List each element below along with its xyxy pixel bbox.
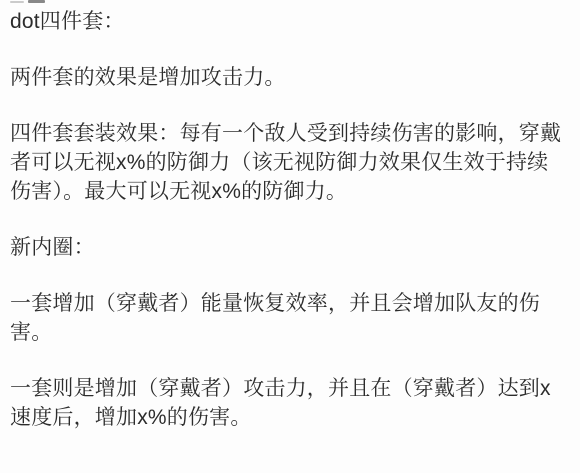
inner-circle-set-two-text: 一套则是增加（穿戴者）攻击力，并且在（穿戴者）达到x 速度后，增加x%的伤害。 — [10, 374, 568, 432]
inner-circle-set-one-text: 一套增加（穿戴者）能量恢复效率，并且会增加队友的伤 害。 — [10, 289, 568, 347]
text-document: dot四件套： 两件套的效果是增加攻击力。 四件套套装效果：每有一个敌人受到持续… — [0, 0, 580, 473]
cropped-text-artifact — [10, 1, 24, 3]
heading-dot-four-piece-set: dot四件套： — [10, 7, 568, 36]
heading-new-inner-circle: 新内圈： — [10, 233, 568, 262]
two-piece-effect-text: 两件套的效果是增加攻击力。 — [10, 63, 568, 92]
cropped-text-artifact — [28, 0, 45, 3]
four-piece-effect-text: 四件套套装效果：每有一个敌人受到持续伤害的影响，穿戴 者可以无视x%的防御力（该… — [10, 119, 568, 206]
